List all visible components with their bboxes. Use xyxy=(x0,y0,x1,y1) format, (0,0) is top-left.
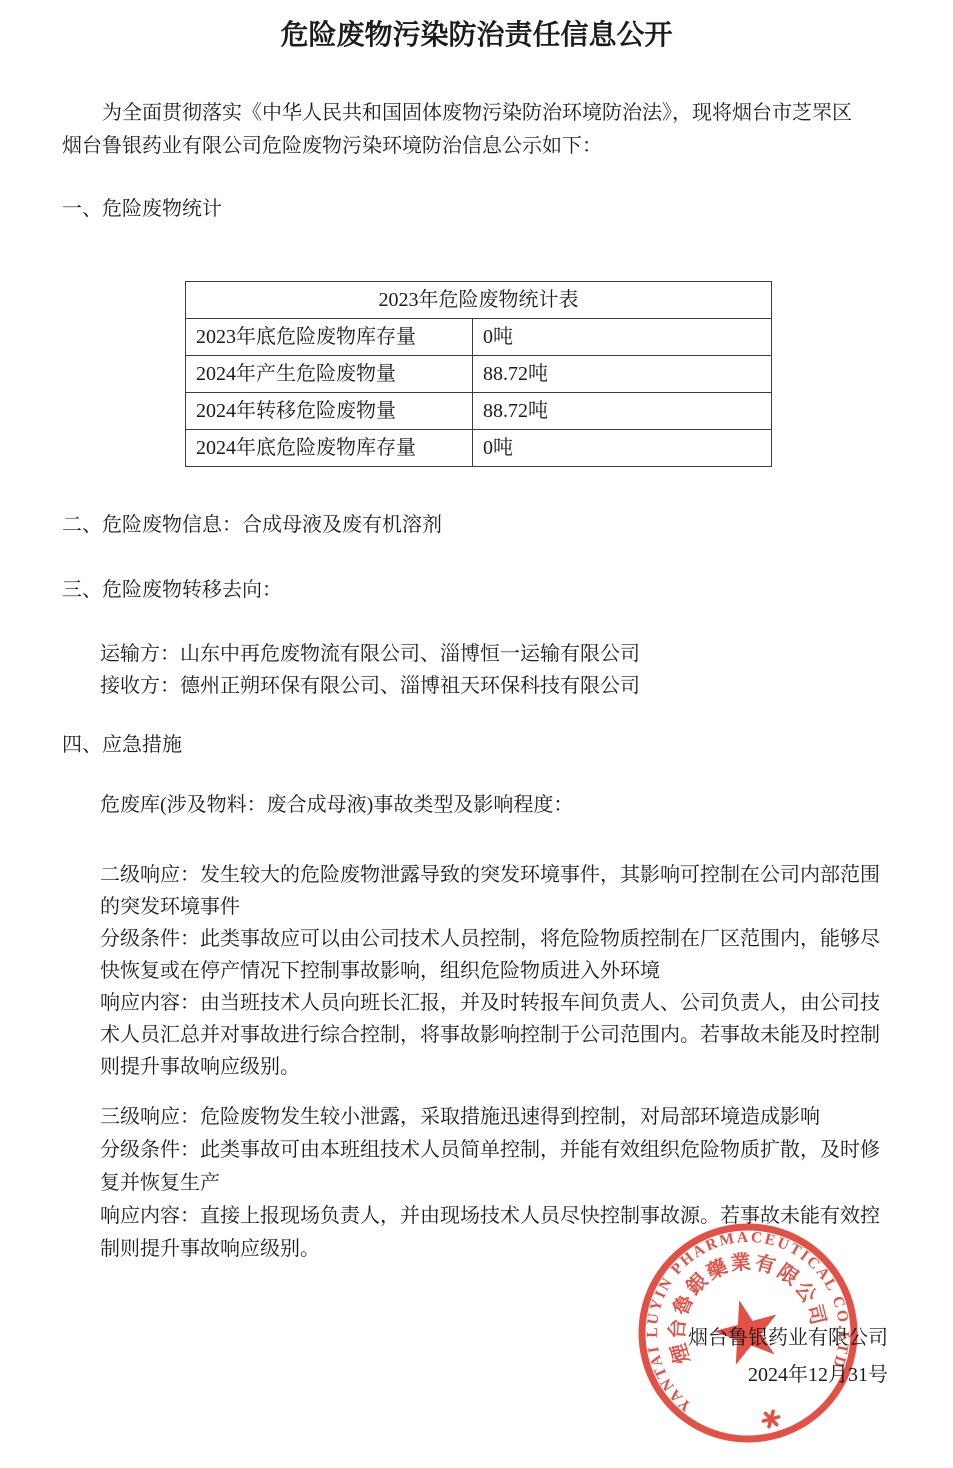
row-label: 2024年产生危险废物量 xyxy=(186,356,473,393)
row-value: 0吨 xyxy=(473,430,772,467)
accident-scope-line: 危废库(涉及物料：废合成母液)事故类型及影响程度： xyxy=(100,789,892,821)
level3-response-block: 三级响应：危险废物发生较小泄露，采取措施迅速得到控制，对局部环境造成影响 分级条… xyxy=(100,1101,892,1266)
section-3-heading: 三、危险废物转移去向： xyxy=(62,574,890,606)
row-value: 88.72吨 xyxy=(473,393,772,430)
row-label: 2023年底危险废物库存量 xyxy=(186,319,473,356)
table-row: 2023年底危险废物库存量 0吨 xyxy=(186,319,772,356)
table-row: 2024年产生危险废物量 88.72吨 xyxy=(186,356,772,393)
receiver-line: 接收方：德州正朔环保有限公司、淄博祖天环保科技有限公司 xyxy=(100,670,892,702)
level3-response: 三级响应：危险废物发生较小泄露，采取措施迅速得到控制，对局部环境造成影响 xyxy=(100,1101,892,1134)
intro-paragraph: 为全面贯彻落实《中华人民共和国固体废物污染防治环境防治法》，现将烟台市芝罘区烟台… xyxy=(62,97,866,163)
level2-response-block: 二级响应：发生较大的危险废物泄露导致的突发环境事件，其影响可控制在公司内部范围的… xyxy=(100,859,892,1083)
transfer-destination-block: 运输方：山东中再危废物流有限公司、淄博恒一运输有限公司 接收方：德州正朔环保有限… xyxy=(100,638,892,702)
section-1-heading: 一、危险废物统计 xyxy=(62,193,890,225)
section-4-heading: 四、应急措施 xyxy=(62,729,890,761)
level2-response: 二级响应：发生较大的危险废物泄露导致的突发环境事件，其影响可控制在公司内部范围的… xyxy=(100,859,892,923)
waste-statistics-table: 2023年危险废物统计表 2023年底危险废物库存量 0吨 2024年产生危险废… xyxy=(185,281,772,467)
document-page: 危险废物污染防治责任信息公开 为全面贯彻落实《中华人民共和国固体废物污染防治环境… xyxy=(0,0,953,1468)
level2-content: 响应内容：由当班技术人员向班长汇报，并及时转报车间负责人、公司负责人，由公司技术… xyxy=(100,987,892,1083)
signature-date: 2024年12月31号 xyxy=(0,1357,888,1394)
level3-condition: 分级条件：此类事故可由本班组技术人员简单控制，并能有效组织危险物质扩散，及时修复… xyxy=(100,1134,892,1200)
transport-line: 运输方：山东中再危废物流有限公司、淄博恒一运输有限公司 xyxy=(100,638,892,670)
section-2-heading: 二、危险废物信息：合成母液及废有机溶剂 xyxy=(62,509,890,541)
level3-content: 响应内容：直接上报现场负责人，并由现场技术人员尽快控制事故源。若事故未能有效控制… xyxy=(100,1200,892,1266)
level2-condition: 分级条件：此类事故应可以由公司技术人员控制，将危险物质控制在厂区范围内，能够尽快… xyxy=(100,923,892,987)
table-row: 2024年底危险废物库存量 0吨 xyxy=(186,430,772,467)
table-row: 2024年转移危险废物量 88.72吨 xyxy=(186,393,772,430)
row-value: 0吨 xyxy=(473,319,772,356)
asterisk-icon xyxy=(762,1410,781,1427)
table-caption-row: 2023年危险废物统计表 xyxy=(186,282,772,319)
row-value: 88.72吨 xyxy=(473,356,772,393)
signature-block: 烟台鲁银药业有限公司 2024年12月31号 xyxy=(0,1320,953,1394)
row-label: 2024年底危险废物库存量 xyxy=(186,430,473,467)
signature-company: 烟台鲁银药业有限公司 xyxy=(0,1320,888,1357)
document-title: 危险废物污染防治责任信息公开 xyxy=(0,0,953,56)
table-title: 2023年危险废物统计表 xyxy=(186,282,772,319)
row-label: 2024年转移危险废物量 xyxy=(186,393,473,430)
